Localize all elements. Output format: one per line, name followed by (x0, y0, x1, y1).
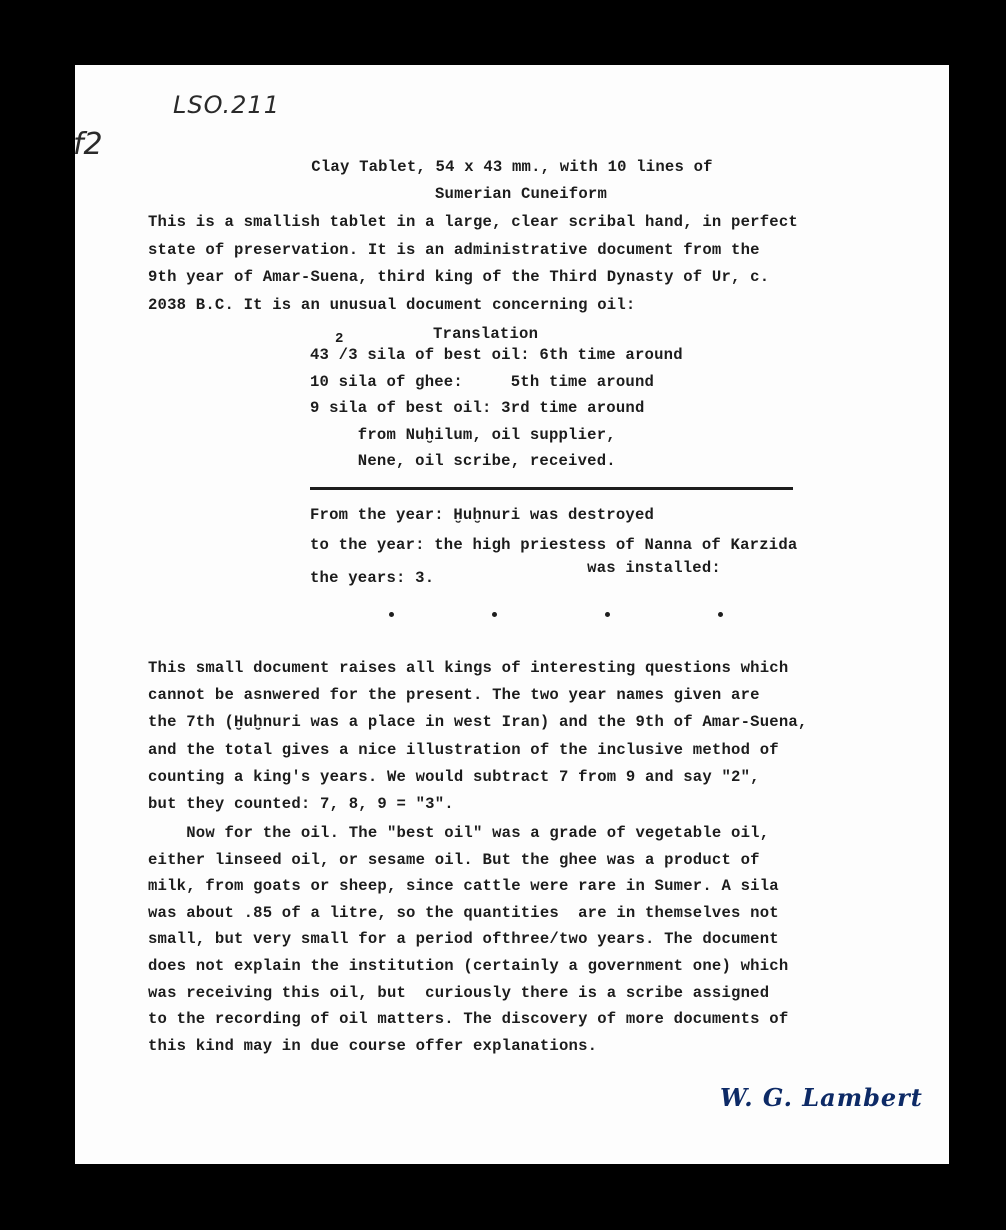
commentary-line: cannot be asnwered for the present. The … (148, 685, 760, 705)
commentary-line: but they counted: 7, 8, 9 = "3". (148, 794, 454, 814)
commentary-line: was about .85 of a litre, so the quantit… (148, 903, 779, 923)
commentary-line: small, but very small for a period ofthr… (148, 929, 779, 949)
translation-line: 10 sila of ghee: 5th time around (310, 372, 654, 392)
translation-line: 9 sila of best oil: 3rd time around (310, 398, 645, 418)
commentary-line: counting a king's years. We would subtra… (148, 767, 760, 787)
dating-line: the years: 3. (310, 568, 434, 588)
translation-line: from Nuḫilum, oil supplier, (310, 425, 616, 445)
heading-line-2: Sumerian Cuneiform (75, 184, 949, 204)
intro-line: 2038 B.C. It is an unusual document conc… (148, 295, 635, 315)
intro-line: 9th year of Amar-Suena, third king of th… (148, 267, 769, 287)
signature: W. G. Lambert (720, 1083, 923, 1112)
commentary-line: either linseed oil, or sesame oil. But t… (148, 850, 760, 870)
heading-line-1: Clay Tablet, 54 x 43 mm., with 10 lines … (75, 157, 949, 177)
commentary-line: this kind may in due course offer explan… (148, 1036, 597, 1056)
document-page: LSO.211 f2 Clay Tablet, 54 x 43 mm., wit… (75, 65, 949, 1164)
intro-line: This is a smallish tablet in a large, cl… (148, 212, 798, 232)
commentary-line: This small document raises all kings of … (148, 658, 788, 678)
ornament-dot (605, 612, 610, 617)
translation-line: Nene, oil scribe, received. (310, 451, 616, 471)
dating-line: to the year: the high priestess of Nanna… (310, 535, 797, 555)
translation-line: 43 /3 sila of best oil: 6th time around (310, 345, 683, 365)
commentary-line: and the total gives a nice illustration … (148, 740, 779, 760)
ornament-dot (492, 612, 497, 617)
commentary-line: to the recording of oil matters. The dis… (148, 1009, 788, 1029)
dating-line: From the year: Ḫuḫnuri was destroyed (310, 505, 654, 525)
commentary-line: milk, from goats or sheep, since cattle … (148, 876, 779, 896)
separator-rule (310, 487, 793, 490)
intro-line: state of preservation. It is an administ… (148, 240, 760, 260)
commentary-line: Now for the oil. The "best oil" was a gr… (148, 823, 769, 843)
catalog-number: LSO.211 (173, 91, 280, 119)
ornament-dot (718, 612, 723, 617)
ornament-dot (389, 612, 394, 617)
commentary-line: the 7th (Ḫuḫnuri was a place in west Ira… (148, 712, 808, 732)
commentary-line: was receiving this oil, but curiously th… (148, 983, 769, 1003)
translation-title: Translation (433, 324, 538, 344)
commentary-line: does not explain the institution (certai… (148, 956, 788, 976)
